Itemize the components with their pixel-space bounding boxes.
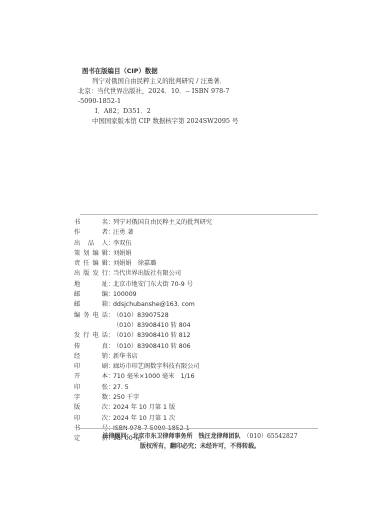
colophon-row-producer: 出 品 人：李双伍 xyxy=(74,239,314,249)
legal-phone: （010）65542827 xyxy=(247,433,298,440)
copyright-notice: 版权所有，翻印必究；未经许可，不得转载。 xyxy=(80,442,320,452)
colophon-row-sheets: 印 张：27. 5 xyxy=(74,383,314,393)
colophon-row-printer: 印 刷：廊坊市印艺阁数字科技有限公司 xyxy=(74,362,314,372)
colophon-row-responsible-editor: 责任编辑：刘娟娟 徐嘉璐 xyxy=(74,259,314,269)
colophon-row-publisher: 出版发行：当代世界出版社有限公司 xyxy=(74,269,314,279)
legal-counsel-line: 法律顾问：北京市东卫律师事务所 钱汪龙律师团队 （010）65542827 xyxy=(80,432,320,442)
legal-footer: 法律顾问：北京市东卫律师事务所 钱汪龙律师团队 （010）65542827 版权… xyxy=(80,432,320,452)
colophon-row-distributor: 经 销：新华书店 xyxy=(74,352,314,362)
colophon-row-planning-editor: 策划编辑：刘娟娟 xyxy=(74,249,314,259)
divider-top xyxy=(80,214,318,215)
colophon-row-edition: 版 次：2024 年 10 月第 1 版 xyxy=(74,403,314,413)
cip-line: Ⅰ．A82；D351．2 xyxy=(82,106,312,116)
cip-title: 图书在版编目（CIP）数据 xyxy=(82,66,312,76)
cip-block: 图书在版编目（CIP）数据 列宁对俄国自由民粹主义的批判研究 / 汪勇著． 北京… xyxy=(82,66,312,126)
colophon-row-printing: 印 次：2024 年 10 月第 1 次 xyxy=(74,414,314,424)
colophon-row-address: 地 址：北京市地安门东大街 70-9 号 xyxy=(74,280,314,290)
legal-counsel: 法律顾问：北京市东卫律师事务所 钱汪龙律师团队 xyxy=(102,433,240,440)
colophon-row-fax: 传 真：（010）83908410 转 806 xyxy=(74,342,314,352)
cip-line: -5090-1852-1 xyxy=(78,96,312,106)
colophon-row-email: 邮 箱：ddsjchubanshe@163. com xyxy=(74,300,314,310)
colophon-row-word-count: 字 数：250 千字 xyxy=(74,393,314,403)
colophon-row-author: 作 者：汪勇 著 xyxy=(74,228,314,238)
colophon-list: 书 名：列宁对俄国自由民粹主义的批判研究 作 者：汪勇 著 出 品 人：李双伍 … xyxy=(74,218,314,445)
colophon-row-editorial-phone-2: （010）83908410 转 804 xyxy=(74,321,314,331)
colophon-row-distribution-phone: 发行电话：（010）83908410 转 812 xyxy=(74,331,314,341)
cip-line: 北京：当代世界出版社，2024．10．-- ISBN 978-7 xyxy=(78,86,312,96)
cip-line: 列宁对俄国自由民粹主义的批判研究 / 汪勇著． xyxy=(82,76,312,86)
colophon-row-title: 书 名：列宁对俄国自由民粹主义的批判研究 xyxy=(74,218,314,228)
colophon-row-format: 开 本：710 毫米×1000 毫米 1/16 xyxy=(74,372,314,382)
colophon-row-postcode: 邮 编：100009 xyxy=(74,290,314,300)
colophon-row-editorial-phone: 编务电话：（010）83907528 xyxy=(74,311,314,321)
divider-bottom xyxy=(80,428,318,429)
cip-line: 中国国家版本馆 CIP 数据核字第 2024SW2095 号 xyxy=(82,116,312,126)
